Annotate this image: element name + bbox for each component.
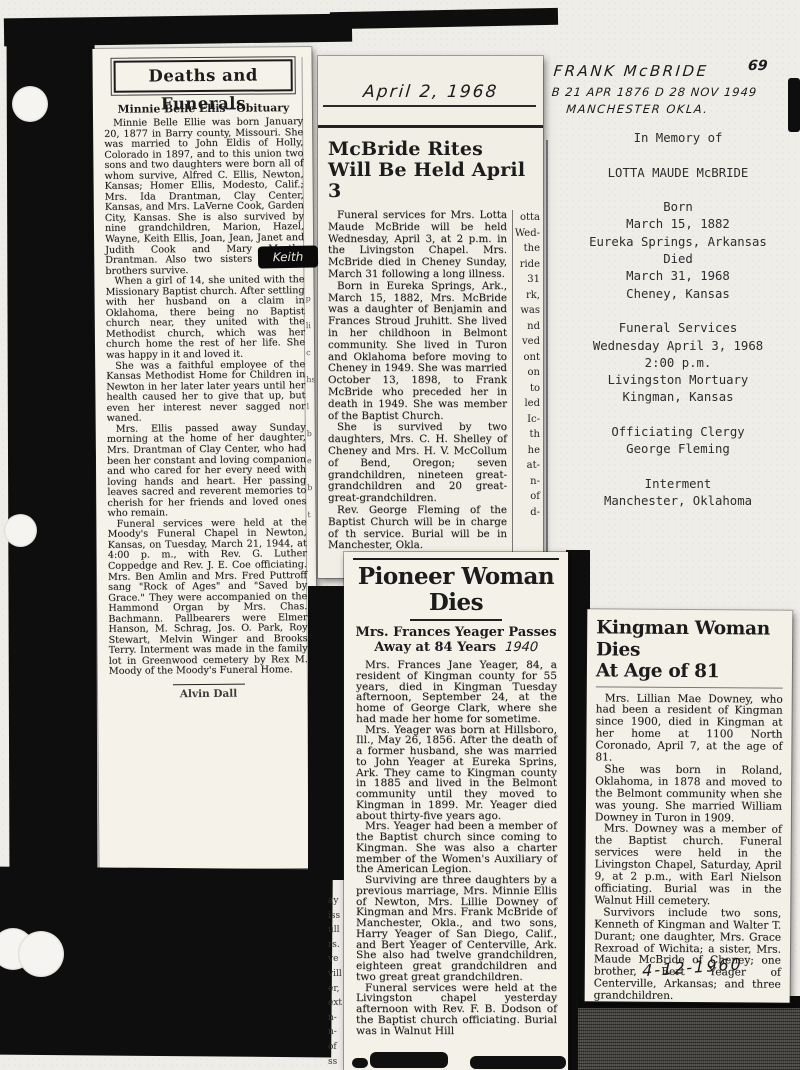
text-fragment: on [513, 365, 540, 381]
handwritten-year: 1940 [504, 640, 538, 655]
yeager-subhead-line2-text: Away at 84 Years [374, 640, 496, 655]
text-fragment: n- [328, 1011, 345, 1026]
obituary-paragraph: Mrs. Downey was a member of the Baptist … [594, 824, 782, 909]
headline-top-rule [318, 125, 543, 128]
downey-headline-line2: At Age of 81 [596, 660, 783, 683]
obituary-paragraph: Mrs. Yeager had been a member of the Bap… [356, 821, 557, 875]
black-mark-right-edge [788, 78, 800, 132]
yeager-subhead-line1: Mrs. Frances Yeager Passes [353, 625, 559, 640]
text-fragment: 31 [513, 272, 540, 288]
text-fragment: iss [328, 909, 345, 924]
covered-column-fragments: ayissullrs.veviller,extn-n-ofss [328, 894, 345, 1069]
text-fragment: ss [328, 1055, 345, 1070]
memorial-card-line: Cheney, Kansas [556, 286, 800, 303]
memorial-card-line: Died [556, 251, 800, 268]
memorial-card-line: George Fleming [556, 441, 800, 458]
text-fragment: ull [328, 923, 345, 938]
memorial-card-line [556, 147, 800, 164]
text-fragment: ext [328, 996, 345, 1011]
yeager-subhead-line2: Away at 84 Years 1940 [353, 640, 559, 655]
mcbride-rites-clipping: April 2, 1968 McBride Rites Will Be Held… [318, 56, 543, 578]
text-fragment: the [513, 241, 540, 257]
text-fragment: b [307, 420, 315, 447]
memorial-card-line: Funeral Services [556, 320, 800, 337]
text-fragment: Wed- [513, 226, 540, 242]
memorial-card-line: LOTTA MAUDE McBRIDE [556, 165, 800, 182]
obituary-paragraph: When a girl of 14, she united with the M… [105, 275, 305, 361]
obituary-paragraph: Born in Eureka Springs, Ark., March 15, … [328, 281, 507, 423]
text-fragment: ved [513, 334, 540, 350]
obituary-paragraph: Funeral services were held at the Moody'… [108, 518, 308, 678]
text-fragment: li [306, 312, 314, 339]
obituary-paragraph: Mrs. Ellis passed away Sunday morning at… [107, 423, 307, 520]
memorial-card-line: March 15, 1882 [556, 216, 800, 233]
obituary-paragraph: Mrs. Frances Jane Yeager, 84, a resident… [356, 660, 557, 725]
clipping-edge-line [546, 140, 548, 560]
yeager-obituary-clipping: Pioneer Woman Dies Mrs. Frances Yeager P… [344, 552, 568, 1070]
text-fragment: was [513, 303, 540, 319]
text-fragment: led [513, 396, 540, 412]
text-fragment: b [307, 474, 315, 501]
obituary-paragraph: She was born in Roland, Oklahoma, in 187… [595, 764, 782, 825]
column-divider-rule [172, 684, 244, 686]
obituary-paragraph: Funeral services were held at the Living… [356, 983, 557, 1037]
memorial-card-line: 2:00 p.m. [556, 355, 800, 372]
obituary-paragraph: Surviving are three daughters by a previ… [356, 875, 557, 983]
text-fragment: n- [513, 474, 540, 490]
ellis-obituary-subhead: Minnie Belle Ellis—Obituary [104, 101, 303, 116]
obituary-paragraph: Mrs. Yeager was born at Hillsboro, Ill.,… [356, 725, 557, 822]
memorial-card-line [556, 182, 800, 199]
ellis-obituary-clipping: Deaths and Funerals Minnie Belle Ellis—O… [92, 47, 318, 870]
adjacent-column-fragments: ottaWed-theride31rk,wasndvedontontoledIc… [512, 210, 543, 552]
ink-smudge [470, 1056, 566, 1069]
mcbride-body: Funeral services for Mrs. Lotta Maude Mc… [318, 210, 512, 552]
handwritten-birth-death-dates: B 21 APR 1876 D 28 NOV 1949 [551, 85, 784, 99]
text-fragment: hs [306, 366, 314, 393]
obituary-paragraph: She was a faithful employee of the Kansa… [106, 360, 306, 425]
black-margin-top-left [4, 14, 352, 47]
text-fragment: to [513, 381, 540, 397]
handwritten-clipping-date: April 2, 1968 [323, 82, 538, 107]
adjacent-column-fragments: plichslbebt [305, 285, 315, 528]
yeager-body: Mrs. Frances Jane Yeager, 84, a resident… [353, 655, 559, 1036]
text-fragment: of [513, 489, 540, 505]
downey-headline-line1: Kingman Woman Dies [596, 617, 783, 661]
yeager-headline: Pioneer Woman Dies [353, 558, 559, 616]
text-fragment: e [307, 447, 315, 474]
memorial-card-line [556, 303, 800, 320]
punch-hole [12, 86, 48, 122]
obituary-paragraph: Mrs. Lillian Mae Downey, who had been a … [595, 693, 782, 766]
text-fragment: ay [328, 894, 345, 909]
memorial-card-line: Livingston Mortuary [556, 372, 800, 389]
text-fragment: l [306, 393, 314, 420]
handwritten-keith-correction: Keith [258, 245, 318, 268]
text-fragment: ride [513, 257, 540, 273]
scanned-scrapbook-page: Deaths and Funerals Minnie Belle Ellis—O… [0, 0, 800, 1070]
text-fragment: he [513, 443, 540, 459]
text-fragment: rk, [513, 288, 540, 304]
obituary-paragraph: Funeral services for Mrs. Lotta Maude Mc… [328, 210, 507, 281]
obituary-paragraph: She is survived by two daughters, Mrs. C… [328, 422, 507, 505]
text-fragment: at- [513, 458, 540, 474]
text-fragment: ve [328, 952, 345, 967]
text-fragment: nd [513, 319, 540, 335]
memorial-card-line: March 31, 1968 [556, 268, 800, 285]
memorial-card-line: Manchester, Oklahoma [556, 493, 800, 510]
text-fragment: vill [328, 967, 345, 982]
cut-off-next-obituary: Alvin Dall [109, 687, 308, 701]
text-fragment: Ic- [513, 412, 540, 428]
handwritten-place: MANCHESTER OKLA. [566, 102, 783, 116]
ellis-obituary-body: Minnie Belle Ellie was born January 20, … [104, 117, 308, 678]
text-fragment: n- [328, 1025, 345, 1040]
punch-hole [18, 931, 64, 977]
memorial-card-line: Officiating Clergy [556, 424, 800, 441]
text-fragment: of [328, 1040, 345, 1055]
black-margin-top-right [330, 8, 558, 29]
ink-smudge [370, 1052, 448, 1068]
ink-smudge [352, 1058, 368, 1068]
memorial-card-line: Interment [556, 476, 800, 493]
text-fragment: er, [328, 982, 345, 997]
obituary-paragraph: Rev. George Fleming of the Baptist Churc… [328, 505, 507, 552]
text-fragment: ont [513, 350, 540, 366]
mcbride-columns: Funeral services for Mrs. Lotta Maude Mc… [318, 210, 543, 552]
text-fragment: otta [513, 210, 540, 226]
page-number: 69 [747, 58, 768, 74]
text-fragment: p [305, 285, 313, 312]
memorial-card-line: Born [556, 199, 800, 216]
text-fragment: c [306, 339, 314, 366]
memorial-card-line [556, 459, 800, 476]
yeager-subhead: Mrs. Frances Yeager Passes Away at 84 Ye… [353, 625, 559, 655]
text-fragment: d- [513, 505, 540, 521]
headline-rule [410, 619, 502, 621]
section-header-box: Deaths and Funerals [114, 59, 293, 93]
downey-obituary-clipping: Kingman Woman Dies At Age of 81 Mrs. Lil… [585, 609, 793, 1002]
text-fragment: th [513, 427, 540, 443]
text-fragment: rs. [328, 938, 345, 953]
memorial-card-line [556, 407, 800, 424]
text-fragment: t [307, 501, 315, 528]
memorial-card-line: Kingman, Kansas [556, 389, 800, 406]
memorial-card-line: In Memory of [556, 130, 800, 147]
memorial-card-line: Wednesday April 3, 1968 [556, 338, 800, 355]
scan-noise-band [578, 996, 800, 1070]
memorial-card-line: Eureka Springs, Arkansas [556, 234, 800, 251]
mcbride-headline: McBride Rites Will Be Held April 3 [328, 139, 533, 202]
black-margin-left [7, 30, 98, 876]
punch-hole [4, 514, 37, 547]
downey-headline: Kingman Woman Dies At Age of 81 [596, 617, 783, 688]
memorial-card: In Memory ofLOTTA MAUDE McBRIDEBornMarch… [556, 130, 800, 511]
